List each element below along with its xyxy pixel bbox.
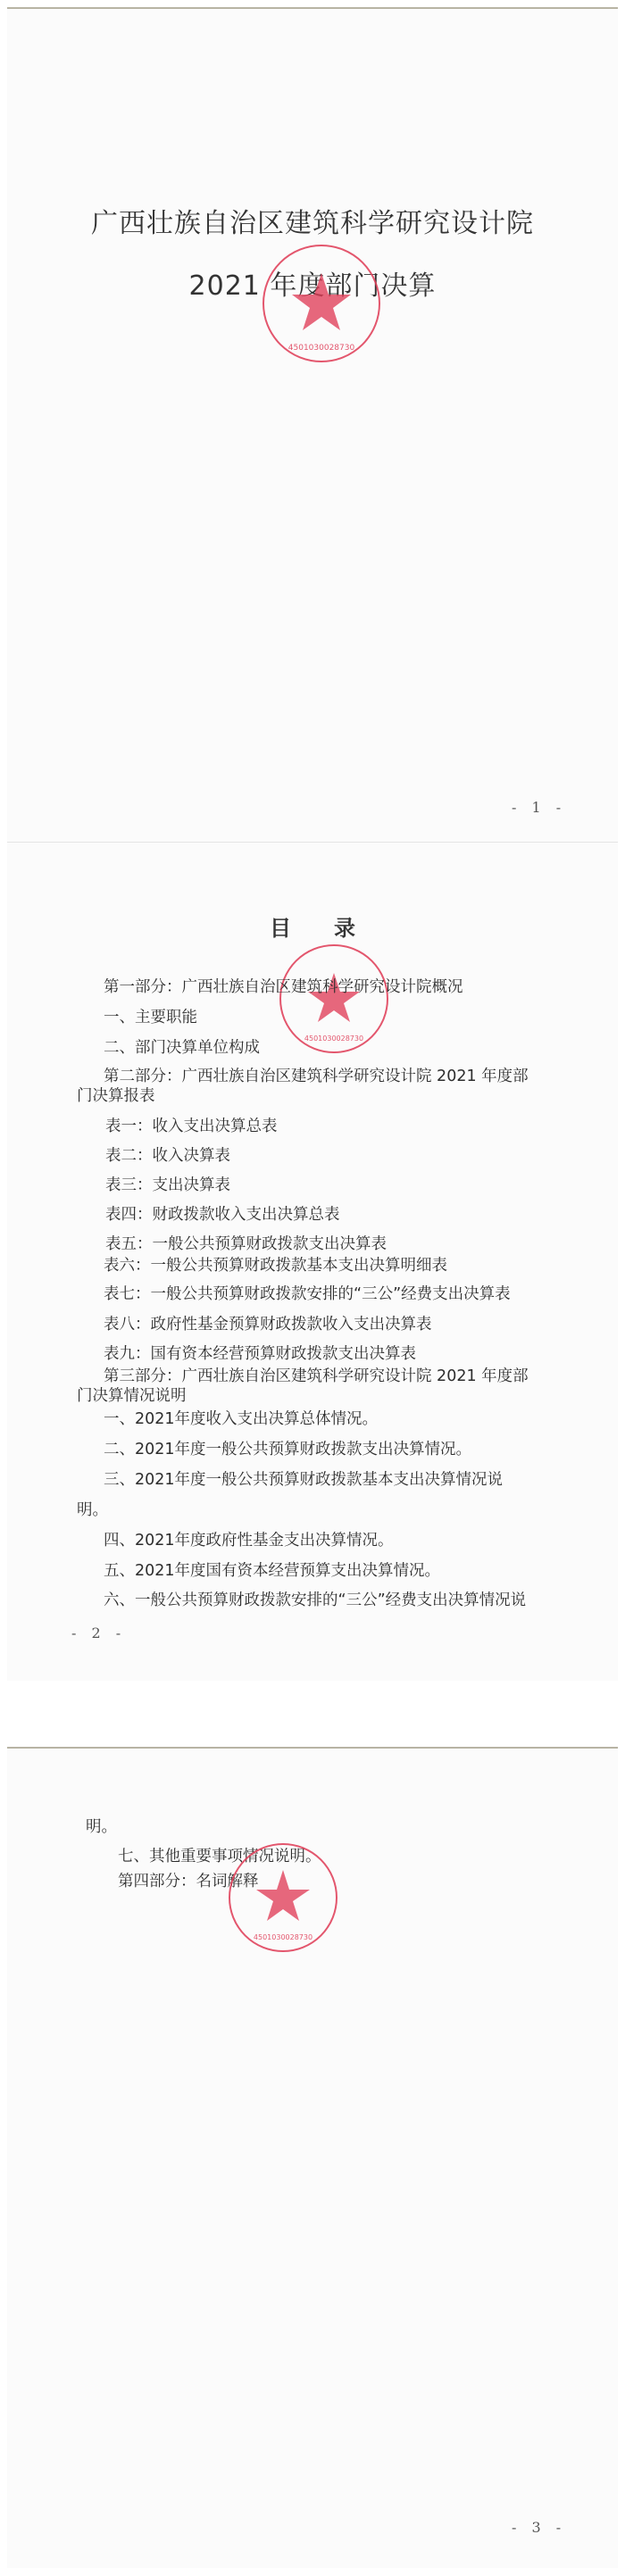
toc-part1-item: 二、部门决算单位构成 [104,1035,260,1058]
toc-part2-cont: 门决算报表 [77,1084,155,1106]
toc-part3-item: 四、2021年度政府性基金支出决算情况。 [104,1528,394,1550]
svg-text:4501030028730: 4501030028730 [304,1035,363,1043]
page-number: - 2 - [71,1625,126,1641]
toc-continuation: 明。 [86,1815,117,1837]
toc-table-item: 表七：一般公共预算财政拨款安排的“三公”经费支出决算表 [104,1282,511,1304]
toc-table-item: 表三：支出决算表 [105,1173,230,1195]
doc-title-line2: 2021 年度部门决算 [7,263,618,303]
toc-table-item: 表八：政府性基金预算财政拨款收入支出决算表 [104,1312,432,1334]
toc-part2: 第二部分：广西壮族自治区建筑科学研究设计院 2021 年度部 [104,1064,529,1086]
toc-table-item: 表九：国有资本经营预算财政拨款支出决算表 [104,1342,416,1364]
page-number: - 1 - [512,799,566,816]
toc-part3-item: 六、一般公共预算财政拨款安排的“三公”经费支出决算情况说 [104,1588,526,1610]
toc-title: 目 录 [7,910,618,942]
toc-table-item: 表二：收入决算表 [105,1143,230,1166]
toc-part3-item: 三、2021年度一般公共预算财政拨款基本支出决算情况说 [104,1467,503,1490]
toc-part4: 第四部分：名词解释 [118,1869,259,1891]
toc-table-item: 表五：一般公共预算财政拨款支出决算表 [105,1232,387,1254]
toc-part1-item: 一、主要职能 [104,1005,197,1027]
toc-part3-item-cont: 明。 [77,1498,108,1520]
star-icon: 4501030028730 [281,946,387,1051]
doc-title-line1: 广西壮族自治区建筑科学研究设计院 [7,201,618,240]
page-top-border [7,842,618,843]
toc-table-item: 表一：收入支出决算总表 [105,1114,278,1136]
toc-part3-item: 一、2021年度收入支出决算总体情况。 [104,1407,378,1429]
toc-part3-item: 七、其他重要事项情况说明。 [118,1844,321,1866]
toc-table-item: 表六：一般公共预算财政拨款基本支出决算明细表 [104,1253,447,1276]
page-1: 广西壮族自治区建筑科学研究设计院 2021 年度部门决算 45010300287… [7,9,618,906]
svg-text:4501030028730: 4501030028730 [288,344,355,353]
page-3: 明。 七、其他重要事项情况说明。 第四部分：名词解释 4501030028730… [7,1749,618,2568]
toc-part3-item: 五、2021年度国有资本经营预算支出决算情况。 [104,1558,440,1581]
toc-part3-cont: 门决算情况说明 [77,1384,187,1406]
toc-part1: 第一部分：广西壮族自治区建筑科学研究设计院概况 [104,975,463,997]
page-2: 目 录 4501030028730 第一部分：广西壮族自治区建筑科学研究设计院概… [7,873,618,1681]
svg-text:4501030028730: 4501030028730 [254,1933,312,1941]
page-number: - 3 - [512,2519,566,2536]
official-seal-stamp: 4501030028730 [279,944,388,1053]
official-seal-stamp: 4501030028730 [262,245,380,362]
toc-part3-item: 二、2021年度一般公共预算财政拨款支出决算情况。 [104,1437,471,1459]
toc-table-item: 表四：财政拨款收入支出决算总表 [105,1202,340,1225]
